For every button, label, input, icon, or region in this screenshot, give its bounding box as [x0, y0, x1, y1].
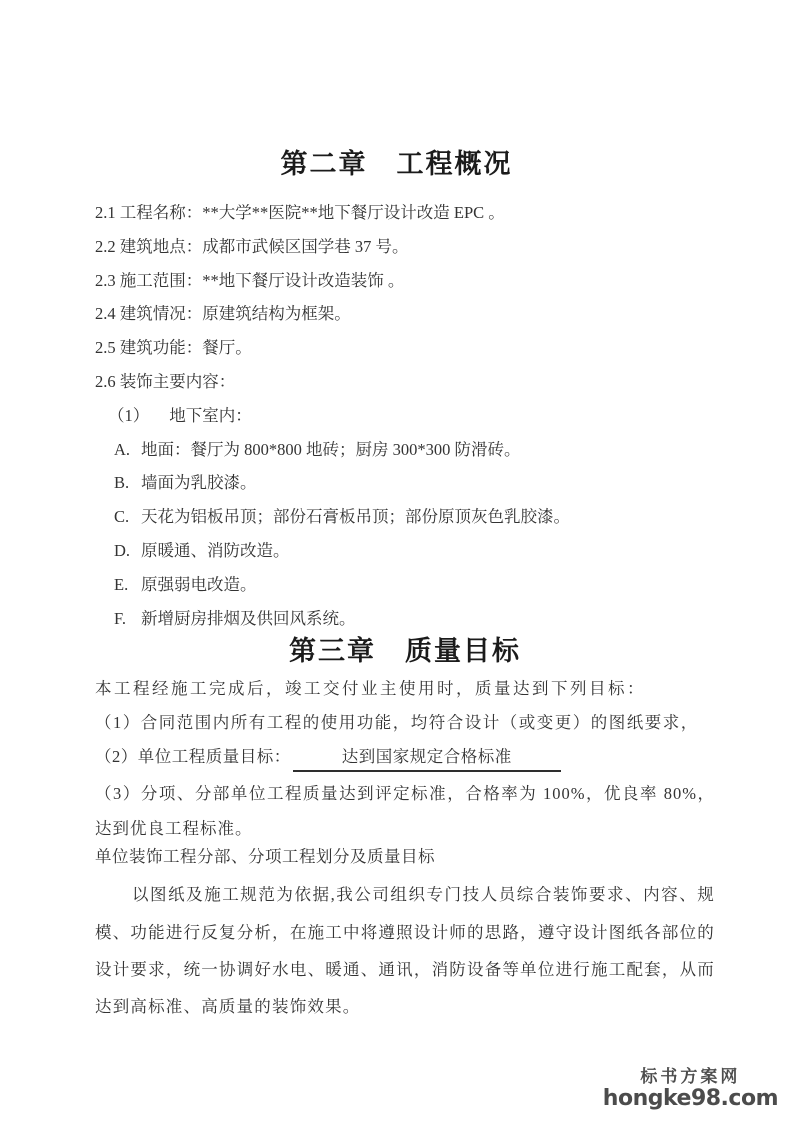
chapter2-title: 第二章 工程概况: [0, 146, 793, 182]
quality-goal-2: （2）单位工程质量目标：达到国家规定合格标准: [95, 740, 715, 774]
chapter3-title: 第三章 质量目标: [95, 632, 715, 672]
quality-goal-2-underlined-value: 达到国家规定合格标准: [293, 744, 561, 772]
watermark-site-url: hongke98.com: [603, 1087, 778, 1110]
quality-goal-3: （3）分项、分部单位工程质量达到评定标准，合格率为 100%，优良率 80%，达…: [95, 776, 715, 846]
watermark-site-name: 标书方案网: [603, 1068, 778, 1087]
lettered-item-d: D.原暖通、消防改造。: [95, 534, 715, 568]
item-text: 墙面为乳胶漆。: [141, 473, 257, 492]
clause-2-5: 2.5 建筑功能：餐厅。: [95, 331, 715, 365]
item-text: 地面：餐厅为 800*800 地砖；厨房 300*300 防滑砖。: [141, 440, 521, 459]
item-letter: E.: [114, 568, 141, 602]
item-text: 天花为铝板吊顶；部份石膏板吊顶；部份原顶灰色乳胶漆。: [141, 507, 570, 526]
lettered-item-b: B.墙面为乳胶漆。: [95, 466, 715, 500]
item-letter: F.: [114, 602, 141, 636]
sub-item-text: 地下室内：: [169, 406, 252, 425]
document-page: 第二章 工程概况 2.1 工程名称：**大学**医院**地下餐厅设计改造 EPC…: [0, 0, 793, 1122]
item-text: 新增厨房排烟及供回风系统。: [141, 609, 356, 628]
item-letter: A.: [114, 433, 141, 467]
quality-goal-1: （1）合同范围内所有工程的使用功能，均符合设计（或变更）的图纸要求，: [95, 706, 715, 740]
chapter3-intro: 本工程经施工完成后，竣工交付业主使用时，质量达到下列目标：: [95, 672, 715, 706]
quality-goal-2-value: 达到国家规定合格标准: [342, 747, 512, 766]
section-subheading: 单位装饰工程分部、分项工程划分及质量目标: [95, 840, 715, 874]
clause-2-6: 2.6 装饰主要内容：: [95, 365, 715, 399]
sub-item-1: （1）地下室内：: [95, 399, 715, 433]
clause-2-1: 2.1 工程名称：**大学**医院**地下餐厅设计改造 EPC 。: [95, 196, 715, 230]
item-text: 原暖通、消防改造。: [141, 541, 290, 560]
lettered-item-e: E.原强弱电改造。: [95, 568, 715, 602]
body-paragraph: 以图纸及施工规范为依据,我公司组织专门技人员综合装饰要求、内容、规模、功能进行反…: [95, 876, 715, 1025]
lettered-item-c: C.天花为铝板吊顶；部份石膏板吊顶；部份原顶灰色乳胶漆。: [95, 500, 715, 534]
quality-goal-2-label: （2）单位工程质量目标：: [95, 747, 291, 766]
item-letter: C.: [114, 500, 141, 534]
watermark: 标书方案网 hongke98.com: [603, 1068, 778, 1110]
lettered-item-f: F.新增厨房排烟及供回风系统。: [95, 602, 715, 636]
item-text: 原强弱电改造。: [141, 575, 257, 594]
sub-item-number: （1）: [108, 406, 149, 425]
document-body: 2.1 工程名称：**大学**医院**地下餐厅设计改造 EPC 。 2.2 建筑…: [95, 196, 715, 1026]
item-letter: D.: [114, 534, 141, 568]
clause-2-4: 2.4 建筑情况：原建筑结构为框架。: [95, 297, 715, 331]
item-letter: B.: [114, 466, 141, 500]
lettered-item-a: A.地面：餐厅为 800*800 地砖；厨房 300*300 防滑砖。: [95, 433, 715, 467]
clause-2-3: 2.3 施工范围：**地下餐厅设计改造装饰 。: [95, 264, 715, 298]
clause-2-2: 2.2 建筑地点：成都市武候区国学巷 37 号。: [95, 230, 715, 264]
